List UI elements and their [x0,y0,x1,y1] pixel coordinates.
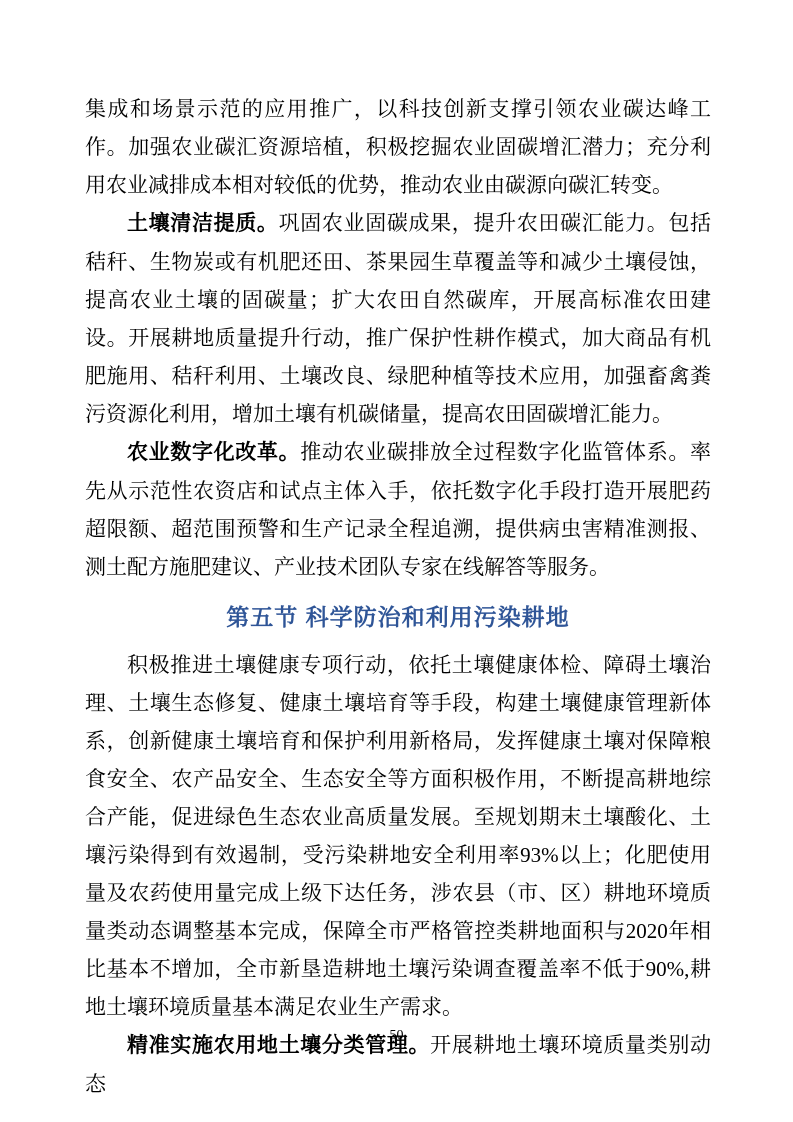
paragraph-lead: 农业数字化改革。 [127,441,300,464]
document-body: 集成和场景示范的应用推广，以科技创新支撑引领农业碳达峰工作。加强农业碳汇资源培植… [85,90,711,1103]
paragraph-text: 积极推进土壤健康专项行动，依托土壤健康体检、障碍土壤治理、土壤生态修复、健康土壤… [85,653,711,1019]
document-page: 集成和场景示范的应用推广，以科技创新支撑引领农业碳达峰工作。加强农业碳汇资源培植… [0,0,793,1122]
paragraph-lead: 土壤清洁提质。 [127,212,279,235]
body-paragraph: 土壤清洁提质。巩固农业固碳成果，提升农田碳汇能力。包括秸秆、生物炭或有机肥还田、… [85,204,711,433]
body-paragraph: 积极推进土壤健康专项行动，依托土壤健康体检、障碍土壤治理、土壤生态修复、健康土壤… [85,646,711,1026]
section-heading: 第五节 科学防治和利用污染耕地 [85,598,711,636]
body-paragraph: 集成和场景示范的应用推广，以科技创新支撑引领农业碳达峰工作。加强农业碳汇资源培植… [85,90,711,204]
page-number: 50 [390,1028,404,1043]
paragraph-text: 集成和场景示范的应用推广，以科技创新支撑引领农业碳达峰工作。加强农业碳汇资源培植… [85,97,711,197]
body-paragraph: 农业数字化改革。推动农业碳排放全过程数字化监管体系。率先从示范性农资店和试点主体… [85,433,711,586]
paragraph-text: 巩固农业固碳成果，提升农田碳汇能力。包括秸秆、生物炭或有机肥还田、茶果园生草覆盖… [85,211,711,426]
page-footer: 50 [0,1028,793,1044]
